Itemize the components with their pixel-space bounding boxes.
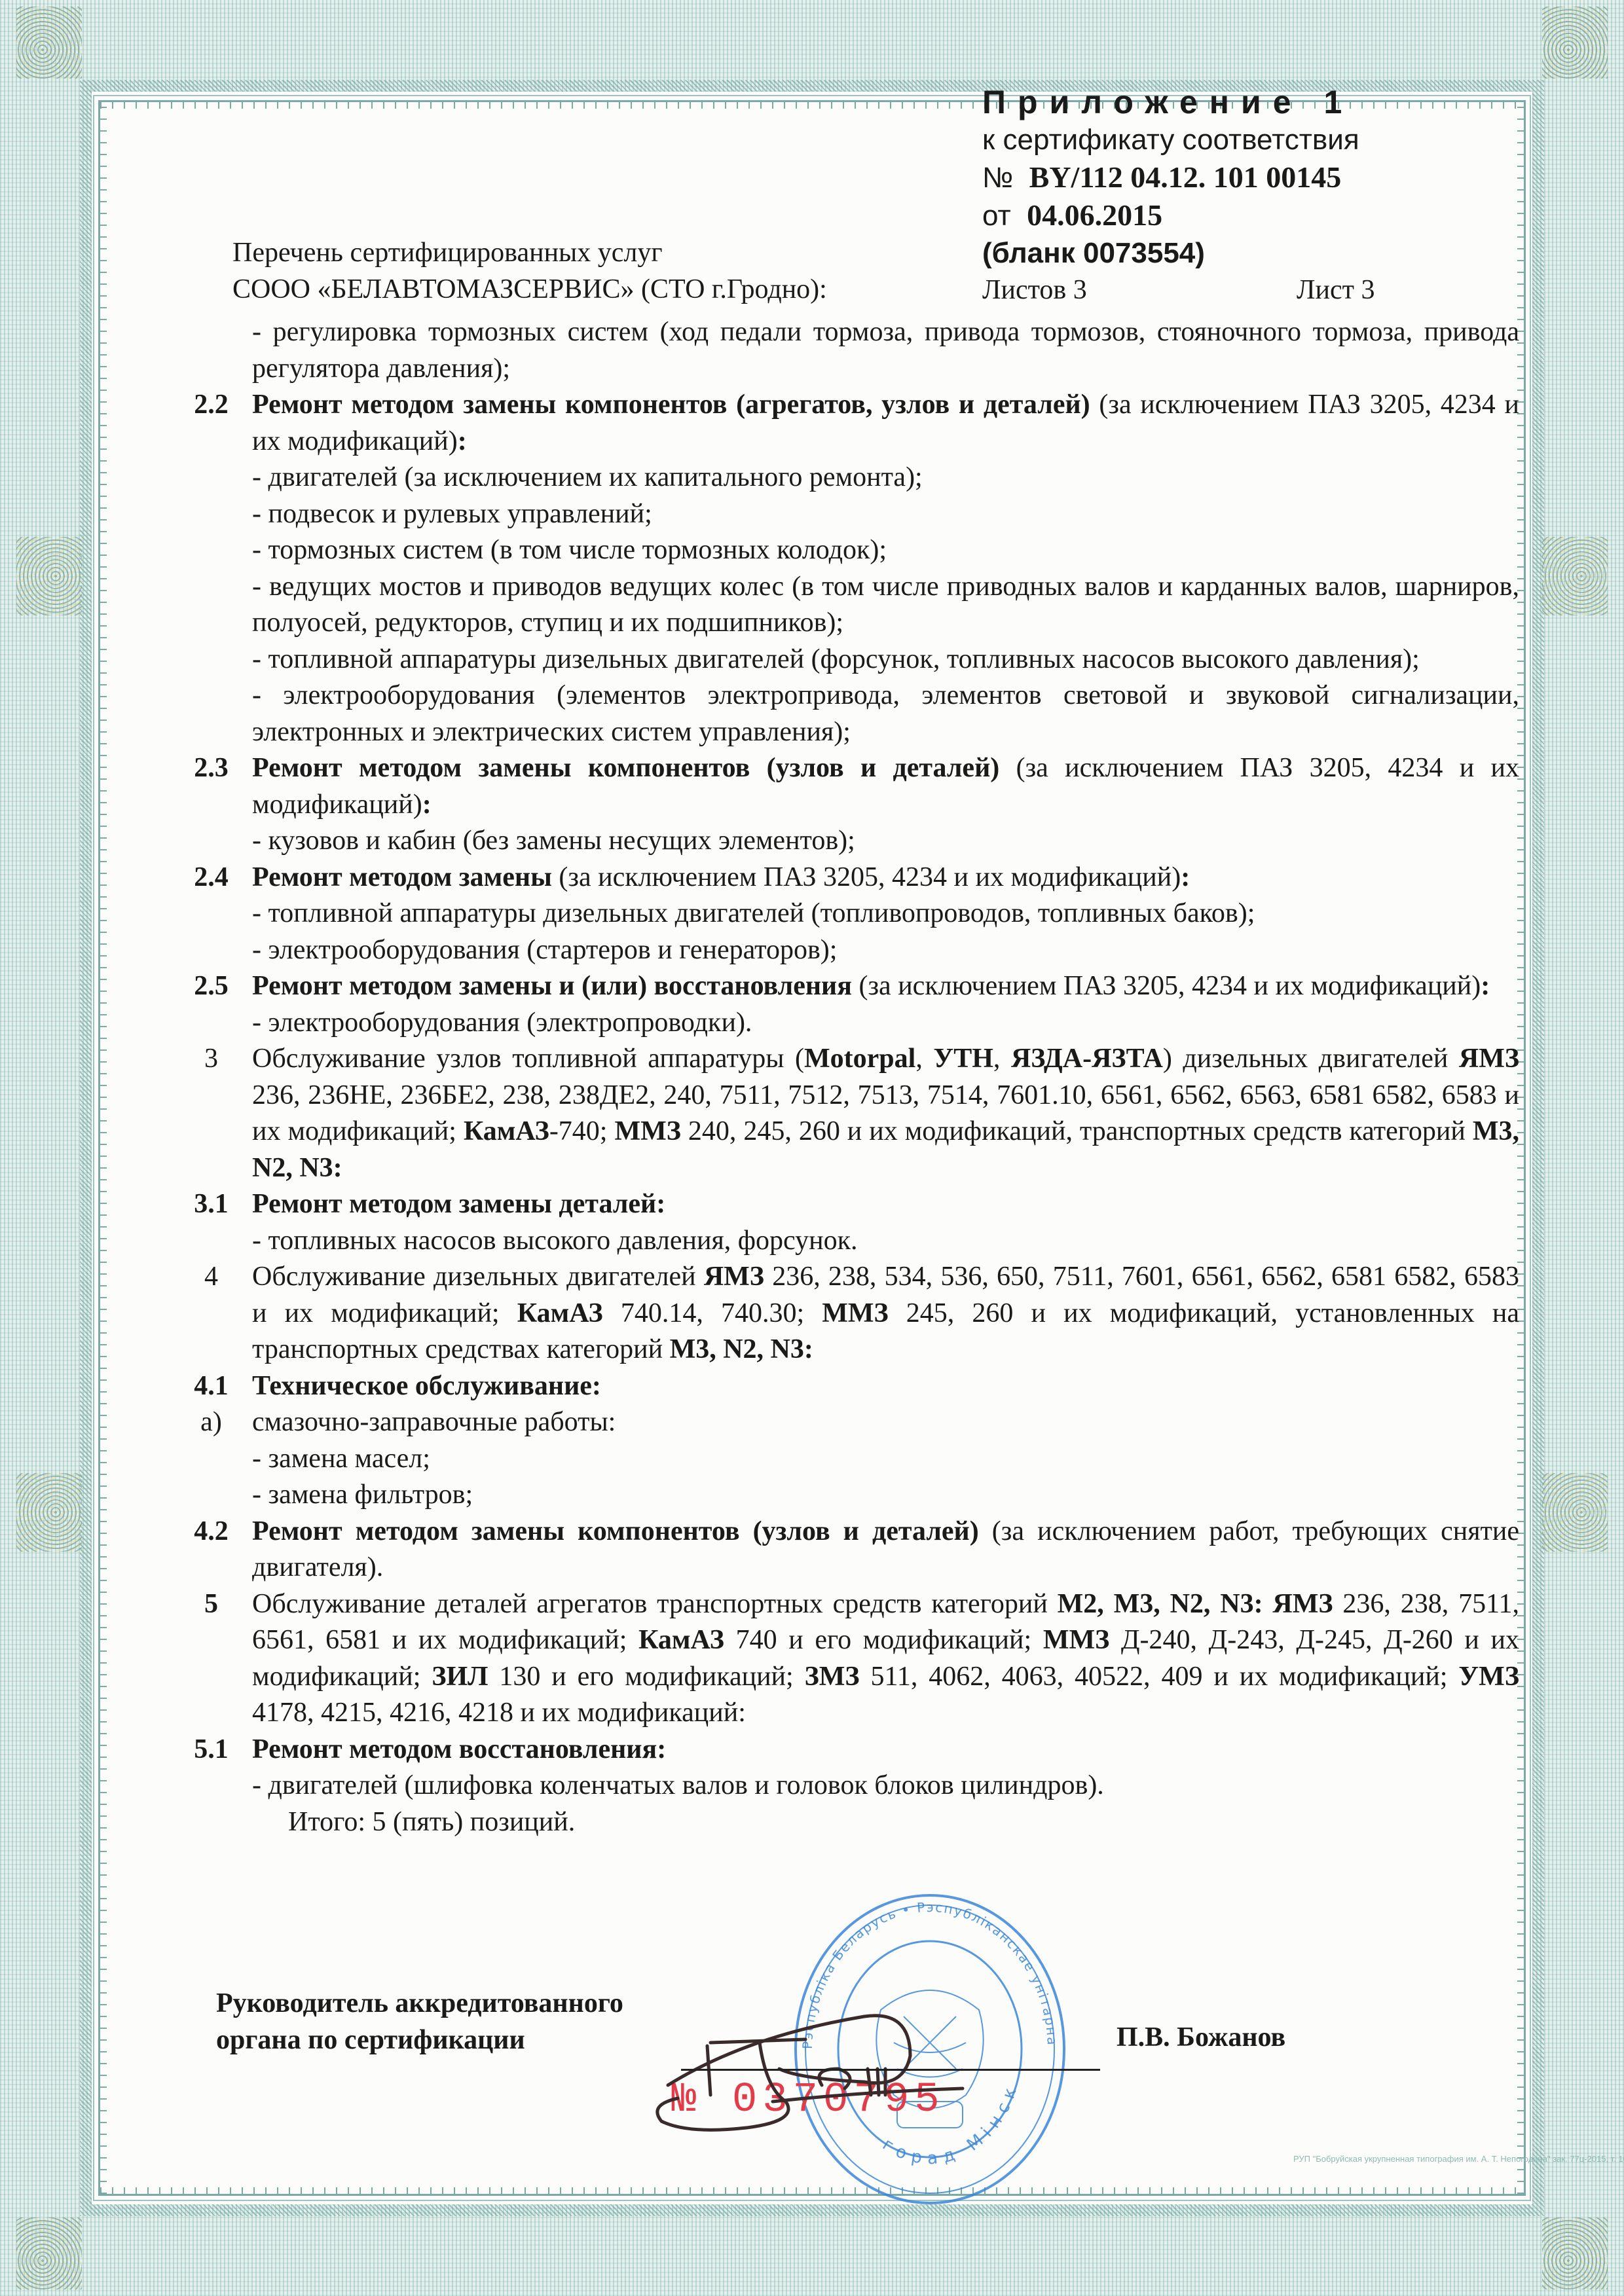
item-text: - топливных насосов высокого давления, ф… bbox=[252, 1223, 1519, 1260]
list-item: 2.5Ремонт методом замены и (или) восстан… bbox=[170, 968, 1519, 1005]
bold-fragment: ЯМЗ bbox=[1459, 1044, 1519, 1074]
list-item: 2.4Ремонт методом замены (за исключением… bbox=[170, 860, 1519, 896]
item-number bbox=[170, 823, 252, 860]
bold-fragment: ММЗ bbox=[1043, 1625, 1109, 1655]
document-content: Приложение 1 к сертификату соответствия … bbox=[0, 0, 1624, 2296]
item-text: Обслуживание узлов топливной аппаратуры … bbox=[252, 1041, 1519, 1186]
item-text: Ремонт методом восстановления: bbox=[252, 1732, 1519, 1768]
item-number: 5 bbox=[170, 1586, 252, 1732]
bold-fragment: Ремонт методом замены bbox=[252, 862, 552, 892]
text-fragment: , bbox=[993, 1044, 1011, 1074]
item-text: Обслуживание дизельных двигателей ЯМЗ 23… bbox=[252, 1259, 1519, 1368]
bold-fragment: Ремонт методом замены компонентов (узлов… bbox=[252, 1516, 979, 1546]
blank-number: (бланк 0073554) bbox=[982, 234, 1519, 272]
text-fragment: 130 и его модификаций; bbox=[488, 1662, 804, 1692]
list-item: - электрооборудования (элементов электро… bbox=[170, 678, 1519, 750]
bold-fragment: Ремонт методом замены деталей: bbox=[252, 1189, 665, 1219]
item-number: 3.1 bbox=[170, 1186, 252, 1223]
bold-fragment: ЯМЗ bbox=[704, 1262, 764, 1292]
item-number bbox=[170, 1768, 252, 1804]
item-text: Ремонт методом замены (за исключением ПА… bbox=[252, 860, 1519, 896]
item-number: 2.5 bbox=[170, 968, 252, 1005]
text-fragment: ) дизельных двигателей bbox=[1163, 1044, 1459, 1074]
item-text: Ремонт методом замены компонентов (узлов… bbox=[252, 1514, 1519, 1586]
text-fragment: 4178, 4215, 4216, 4218 и их модификаций: bbox=[252, 1698, 746, 1728]
list-item: 2.2Ремонт методом замены компонентов (аг… bbox=[170, 387, 1519, 460]
list-item: 4.1Техническое обслуживание: bbox=[170, 1368, 1519, 1405]
item-text: - двигателей (за исключением их капиталь… bbox=[252, 460, 1519, 496]
item-text: - двигателей (шлифовка коленчатых валов … bbox=[252, 1768, 1519, 1804]
item-text: смазочно-заправочные работы: bbox=[252, 1404, 1519, 1441]
item-number bbox=[170, 896, 252, 932]
date-prefix: от bbox=[982, 200, 1011, 232]
bold-fragment: УТН bbox=[933, 1044, 993, 1074]
bold-fragment: : bbox=[422, 790, 432, 820]
list-item: 5.1Ремонт методом восстановления: bbox=[170, 1732, 1519, 1768]
item-text: Ремонт методом замены и (или) восстановл… bbox=[252, 968, 1519, 1005]
list-item: - электрооборудования (электропроводки). bbox=[170, 1005, 1519, 1042]
bold-fragment: Ремонт методом замены компонентов (агрег… bbox=[252, 390, 1090, 420]
annex-subtitle: к сертификату соответствия bbox=[982, 121, 1519, 158]
list-item: - двигателей (шлифовка коленчатых валов … bbox=[170, 1768, 1519, 1804]
text-fragment: (за исключением ПАЗ 3205, 4234 и их моди… bbox=[852, 971, 1481, 1001]
list-item: - замена фильтров; bbox=[170, 1477, 1519, 1514]
list-item: 3Обслуживание узлов топливной аппаратуры… bbox=[170, 1041, 1519, 1186]
text-fragment: - замена масел; bbox=[252, 1444, 430, 1474]
item-number bbox=[170, 1441, 252, 1478]
item-number: 4.1 bbox=[170, 1368, 252, 1405]
text-fragment: Обслуживание дизельных двигателей bbox=[252, 1262, 704, 1292]
text-fragment: - электрооборудования (электропроводки). bbox=[252, 1008, 752, 1038]
list-item: - топливной аппаратуры дизельных двигате… bbox=[170, 896, 1519, 932]
total-positions: Итого: 5 (пять) позиций. bbox=[170, 1804, 1519, 1841]
item-number bbox=[170, 1223, 252, 1260]
item-number: 4.2 bbox=[170, 1514, 252, 1586]
list-item: - подвесок и рулевых управлений; bbox=[170, 496, 1519, 533]
text-fragment: (за исключением ПАЗ 3205, 4234 и их моди… bbox=[552, 862, 1181, 892]
bold-fragment: : bbox=[1481, 971, 1490, 1001]
role-line1: Руководитель аккредитованного bbox=[216, 1985, 623, 2022]
item-text: - замена фильтров; bbox=[252, 1477, 1519, 1514]
signature-line bbox=[681, 2069, 1100, 2071]
list-item: - замена масел; bbox=[170, 1441, 1519, 1478]
bold-fragment: ЗМЗ bbox=[805, 1662, 860, 1692]
bold-fragment: : bbox=[458, 426, 467, 456]
item-number bbox=[170, 678, 252, 750]
number-sign: № bbox=[982, 162, 1013, 194]
item-text: - ведущих мостов и приводов ведущих коле… bbox=[252, 569, 1519, 642]
item-text: - электрооборудования (стартеров и генер… bbox=[252, 932, 1519, 969]
text-fragment: , bbox=[915, 1044, 933, 1074]
text-fragment: -740; bbox=[549, 1116, 615, 1146]
item-text: - топливной аппаратуры дизельных двигате… bbox=[252, 896, 1519, 932]
bold-fragment: Motorpal bbox=[804, 1044, 915, 1074]
signature-icon bbox=[648, 1971, 1015, 2134]
item-text: - замена масел; bbox=[252, 1441, 1519, 1478]
list-item: - ведущих мостов и приводов ведущих коле… bbox=[170, 569, 1519, 642]
item-number bbox=[170, 932, 252, 969]
bold-fragment: КамАЗ bbox=[517, 1298, 603, 1328]
certificate-number-value: BY/112 04.12. 101 00145 bbox=[1029, 160, 1342, 194]
bold-fragment: Ремонт методом замены и (или) восстановл… bbox=[252, 971, 852, 1001]
list-header: Перечень сертифицированных услуг СООО «Б… bbox=[232, 234, 827, 308]
signature-role: Руководитель аккредитованного органа по … bbox=[216, 1985, 623, 2058]
item-number bbox=[170, 314, 252, 387]
item-text: Ремонт методом замены компонентов (узлов… bbox=[252, 750, 1519, 823]
item-number bbox=[170, 496, 252, 533]
text-fragment: смазочно-заправочные работы: bbox=[252, 1407, 616, 1437]
bold-fragment: М3, N2, N3: bbox=[670, 1334, 813, 1364]
text-fragment: 740.14, 740.30; bbox=[603, 1298, 822, 1328]
printer-note: РУП "Бобруйская укрупненная типография и… bbox=[1293, 2154, 1624, 2164]
item-text: - топливной аппаратуры дизельных двигате… bbox=[252, 642, 1519, 678]
bold-fragment: КамАЗ bbox=[638, 1625, 724, 1655]
list-item: - кузовов и кабин (без замены несущих эл… bbox=[170, 823, 1519, 860]
item-number bbox=[170, 569, 252, 642]
bold-fragment: КамАЗ bbox=[464, 1116, 549, 1146]
annex-header: Приложение 1 к сертификату соответствия … bbox=[982, 84, 1519, 272]
bold-fragment: ЗИЛ bbox=[432, 1662, 488, 1692]
item-number bbox=[170, 1477, 252, 1514]
list-header-line1: Перечень сертифицированных услуг bbox=[232, 234, 827, 271]
item-number: 2.4 bbox=[170, 860, 252, 896]
certificate-date: от 04.06.2015 bbox=[982, 196, 1519, 234]
list-item: 5Обслуживание деталей агрегатов транспор… bbox=[170, 1586, 1519, 1732]
certificate-date-value: 04.06.2015 bbox=[1027, 198, 1162, 232]
item-number bbox=[170, 532, 252, 569]
item-number bbox=[170, 1005, 252, 1042]
item-number: 2.3 bbox=[170, 750, 252, 823]
text-fragment: - двигателей (шлифовка коленчатых валов … bbox=[252, 1770, 1104, 1800]
sheet-current: Лист 3 bbox=[1297, 272, 1375, 308]
bold-fragment: Ремонт методом замены компонентов (узлов… bbox=[252, 753, 999, 783]
bold-fragment: УМЗ bbox=[1458, 1662, 1519, 1692]
list-item: 4Обслуживание дизельных двигателей ЯМЗ 2… bbox=[170, 1259, 1519, 1368]
role-line2: органа по сертификации bbox=[216, 2022, 623, 2058]
signer-name: П.В. Божанов bbox=[1116, 2022, 1285, 2053]
list-item: а)смазочно-заправочные работы: bbox=[170, 1404, 1519, 1441]
text-fragment: 240, 245, 260 и их модификаций, транспор… bbox=[681, 1116, 1473, 1146]
list-item: 4.2Ремонт методом замены компонентов (уз… bbox=[170, 1514, 1519, 1586]
item-text: Обслуживание деталей агрегатов транспорт… bbox=[252, 1586, 1519, 1732]
list-item: - двигателей (за исключением их капиталь… bbox=[170, 460, 1519, 496]
bold-fragment: ЯЗДА-ЯЗТА bbox=[1011, 1044, 1163, 1074]
item-text: Ремонт методом замены деталей: bbox=[252, 1186, 1519, 1223]
sheets-total: Листов 3 bbox=[982, 275, 1087, 305]
sheet-info: Листов 3 Лист 3 bbox=[982, 272, 1414, 308]
list-item: - топливных насосов высокого давления, ф… bbox=[170, 1223, 1519, 1260]
item-text: - электрооборудования (электропроводки). bbox=[252, 1005, 1519, 1042]
item-number: а) bbox=[170, 1404, 252, 1441]
text-fragment: Обслуживание узлов топливной аппаратуры … bbox=[252, 1044, 804, 1074]
certificate-number: № BY/112 04.12. 101 00145 bbox=[982, 158, 1519, 196]
list-item: - электрооборудования (стартеров и генер… bbox=[170, 932, 1519, 969]
bold-fragment: М2, М3, N2, N3: ЯМЗ bbox=[1058, 1589, 1333, 1619]
text-fragment: - ведущих мостов и приводов ведущих коле… bbox=[252, 572, 1519, 638]
text-fragment: - топливной аппаратуры дизельных двигате… bbox=[252, 644, 1420, 674]
list-item: - топливной аппаратуры дизельных двигате… bbox=[170, 642, 1519, 678]
item-text: - электрооборудования (элементов электро… bbox=[252, 678, 1519, 750]
item-number: 4 bbox=[170, 1259, 252, 1368]
text-fragment: - электрооборудования (стартеров и генер… bbox=[252, 935, 837, 965]
text-fragment: - регулировка тормозных систем (ход педа… bbox=[252, 317, 1519, 384]
text-fragment: - подвесок и рулевых управлений; bbox=[252, 499, 652, 529]
bold-fragment: ММЗ bbox=[822, 1298, 888, 1328]
item-number: 3 bbox=[170, 1041, 252, 1186]
text-fragment: - двигателей (за исключением их капиталь… bbox=[252, 462, 923, 492]
annex-title: Приложение 1 bbox=[982, 84, 1519, 121]
item-text: - кузовов и кабин (без замены несущих эл… bbox=[252, 823, 1519, 860]
services-list: - регулировка тормозных систем (ход педа… bbox=[170, 314, 1519, 1840]
text-fragment: - электрооборудования (элементов электро… bbox=[252, 680, 1519, 747]
item-text: Техническое обслуживание: bbox=[252, 1368, 1519, 1405]
item-number bbox=[170, 642, 252, 678]
text-fragment: 740 и его модификаций; bbox=[724, 1625, 1043, 1655]
text-fragment: 511, 4062, 4063, 40522, 409 и их модифик… bbox=[860, 1662, 1459, 1692]
list-item: - регулировка тормозных систем (ход педа… bbox=[170, 314, 1519, 387]
text-fragment: - замена фильтров; bbox=[252, 1480, 473, 1510]
item-number: 2.2 bbox=[170, 387, 252, 460]
list-item: 3.1Ремонт методом замены деталей: bbox=[170, 1186, 1519, 1223]
list-item: 2.3Ремонт методом замены компонентов (уз… bbox=[170, 750, 1519, 823]
item-text: Ремонт методом замены компонентов (агрег… bbox=[252, 387, 1519, 460]
bold-fragment: : bbox=[1181, 862, 1190, 892]
item-number: 5.1 bbox=[170, 1732, 252, 1768]
text-fragment: - кузовов и кабин (без замены несущих эл… bbox=[252, 826, 855, 856]
item-text: - тормозных систем (в том числе тормозны… bbox=[252, 532, 1519, 569]
text-fragment: - топливной аппаратуры дизельных двигате… bbox=[252, 898, 1255, 928]
text-fragment: Обслуживание деталей агрегатов транспорт… bbox=[252, 1589, 1058, 1619]
item-number bbox=[170, 460, 252, 496]
text-fragment: - топливных насосов высокого давления, ф… bbox=[252, 1226, 858, 1256]
item-text: - подвесок и рулевых управлений; bbox=[252, 496, 1519, 533]
bold-fragment: ММЗ bbox=[614, 1116, 680, 1146]
bold-fragment: Ремонт методом восстановления: bbox=[252, 1734, 666, 1764]
list-header-line2: СООО «БЕЛАВТОМАЗСЕРВИС» (СТО г.Гродно): bbox=[232, 271, 827, 308]
text-fragment: - тормозных систем (в том числе тормозны… bbox=[252, 535, 887, 565]
list-item: - тормозных систем (в том числе тормозны… bbox=[170, 532, 1519, 569]
bold-fragment: Техническое обслуживание: bbox=[252, 1371, 601, 1401]
item-text: - регулировка тормозных систем (ход педа… bbox=[252, 314, 1519, 387]
